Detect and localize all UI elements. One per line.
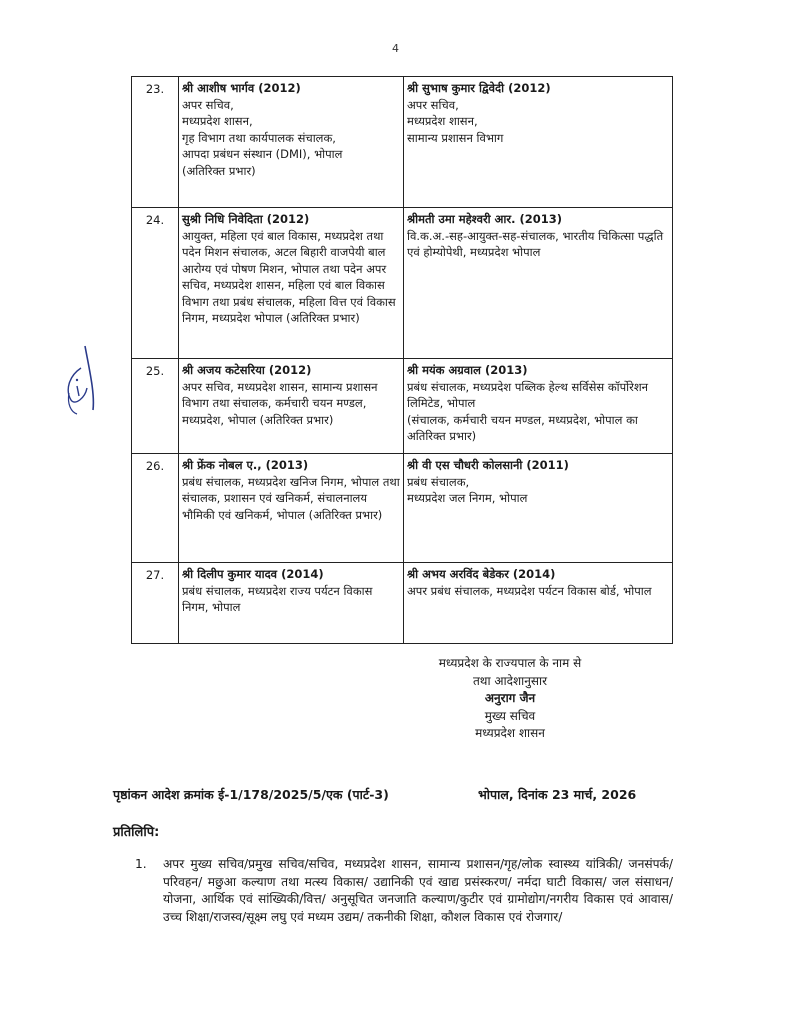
serial-number: 23. bbox=[132, 77, 179, 208]
signatory-office: मध्यप्रदेश शासन bbox=[400, 725, 620, 743]
copy-list-number: 1. bbox=[135, 856, 147, 874]
current-officer-cell: श्री फ्रेंक नोबल ए., (2013)प्रबंध संचालक… bbox=[179, 454, 404, 563]
table-row: 25.श्री अजय कटेसरिया (2012)अपर सचिव, मध्… bbox=[132, 359, 673, 454]
officer-posting: प्रबंध संचालक, मध्यप्रदेश खनिज निगम, भोप… bbox=[182, 474, 400, 524]
officer-posting: अपर सचिव, मध्यप्रदेश शासन, सामान्य प्रशा… bbox=[182, 379, 400, 429]
posting-orders-table: 23.श्री आशीष भार्गव (2012)अपर सचिव, मध्य… bbox=[131, 76, 673, 644]
officer-name: सुश्री निधि निवेदिता (2012) bbox=[182, 211, 400, 228]
endorsement-place-date: भोपाल, दिनांक 23 मार्च, 2026 bbox=[478, 786, 636, 803]
officer-posting: प्रबंध संचालक, मध्यप्रदेश जल निगम, भोपाल bbox=[407, 474, 669, 507]
serial-number: 26. bbox=[132, 454, 179, 563]
signatory-designation: मुख्य सचिव bbox=[400, 708, 620, 726]
signatory-name: अनुराग जैन bbox=[400, 690, 620, 708]
table-row: 27.श्री दिलीप कुमार यादव (2014)प्रबंध सं… bbox=[132, 563, 673, 644]
officer-name: श्री अभय अरविंद बेडेकर (2014) bbox=[407, 566, 669, 583]
new-officer-cell: श्री सुभाष कुमार द्विवेदी (2012)अपर सचिव… bbox=[404, 77, 673, 208]
new-officer-cell: श्री मयंक अग्रवाल (2013)प्रबंध संचालक, म… bbox=[404, 359, 673, 454]
officer-posting: प्रबंध संचालक, मध्यप्रदेश पब्लिक हेल्थ स… bbox=[407, 379, 669, 445]
copy-list-text: अपर मुख्य सचिव/प्रमुख सचिव/सचिव, मध्यप्र… bbox=[163, 856, 673, 926]
new-officer-cell: श्रीमती उमा महेश्वरी आर. (2013)वि.क.अ.-स… bbox=[404, 208, 673, 359]
new-officer-cell: श्री अभय अरविंद बेडेकर (2014)अपर प्रबंध … bbox=[404, 563, 673, 644]
officer-name: श्री दिलीप कुमार यादव (2014) bbox=[182, 566, 400, 583]
current-officer-cell: श्री अजय कटेसरिया (2012)अपर सचिव, मध्यप्… bbox=[179, 359, 404, 454]
officer-name: श्री वी एस चौधरी कोलसानी (2011) bbox=[407, 457, 669, 474]
new-officer-cell: श्री वी एस चौधरी कोलसानी (2011)प्रबंध सं… bbox=[404, 454, 673, 563]
officer-name: श्री फ्रेंक नोबल ए., (2013) bbox=[182, 457, 400, 474]
serial-number: 27. bbox=[132, 563, 179, 644]
officer-posting: प्रबंध संचालक, मध्यप्रदेश राज्य पर्यटन व… bbox=[182, 583, 400, 616]
officer-name: श्री मयंक अग्रवाल (2013) bbox=[407, 362, 669, 379]
endorsement-line: पृष्ठांकन आदेश क्रमांक ई-1/178/2025/5/एक… bbox=[113, 786, 673, 803]
copy-to-label: प्रतिलिपि: bbox=[113, 822, 159, 840]
signoff-line-1: मध्यप्रदेश के राज्यपाल के नाम से bbox=[400, 655, 620, 673]
current-officer-cell: सुश्री निधि निवेदिता (2012)आयुक्त, महिला… bbox=[179, 208, 404, 359]
officer-posting: अपर सचिव, मध्यप्रदेश शासन, गृह विभाग तथा… bbox=[182, 97, 400, 180]
table-row: 23.श्री आशीष भार्गव (2012)अपर सचिव, मध्य… bbox=[132, 77, 673, 208]
officer-name: श्री आशीष भार्गव (2012) bbox=[182, 80, 400, 97]
signoff-block: मध्यप्रदेश के राज्यपाल के नाम से तथा आदे… bbox=[400, 655, 620, 743]
table-row: 26.श्री फ्रेंक नोबल ए., (2013)प्रबंध संच… bbox=[132, 454, 673, 563]
officer-posting: वि.क.अ.-सह-आयुक्त-सह-संचालक, भारतीय चिकि… bbox=[407, 228, 669, 261]
officer-posting: आयुक्त, महिला एवं बाल विकास, मध्यप्रदेश … bbox=[182, 228, 400, 327]
copy-list-item: 1. अपर मुख्य सचिव/प्रमुख सचिव/सचिव, मध्य… bbox=[135, 856, 673, 926]
officer-posting: अपर सचिव, मध्यप्रदेश शासन, सामान्य प्रशा… bbox=[407, 97, 669, 147]
officer-name: श्रीमती उमा महेश्वरी आर. (2013) bbox=[407, 211, 669, 228]
serial-number: 24. bbox=[132, 208, 179, 359]
current-officer-cell: श्री आशीष भार्गव (2012)अपर सचिव, मध्यप्र… bbox=[179, 77, 404, 208]
officer-posting: अपर प्रबंध संचालक, मध्यप्रदेश पर्यटन विक… bbox=[407, 583, 669, 600]
endorsement-order-number: पृष्ठांकन आदेश क्रमांक ई-1/178/2025/5/एक… bbox=[113, 787, 389, 802]
handwritten-initials-signature bbox=[55, 338, 115, 418]
signoff-line-2: तथा आदेशानुसार bbox=[400, 673, 620, 691]
officer-name: श्री अजय कटेसरिया (2012) bbox=[182, 362, 400, 379]
table-row: 24.सुश्री निधि निवेदिता (2012)आयुक्त, मह… bbox=[132, 208, 673, 359]
current-officer-cell: श्री दिलीप कुमार यादव (2014)प्रबंध संचाल… bbox=[179, 563, 404, 644]
page-number: 4 bbox=[0, 42, 791, 55]
officer-name: श्री सुभाष कुमार द्विवेदी (2012) bbox=[407, 80, 669, 97]
serial-number: 25. bbox=[132, 359, 179, 454]
